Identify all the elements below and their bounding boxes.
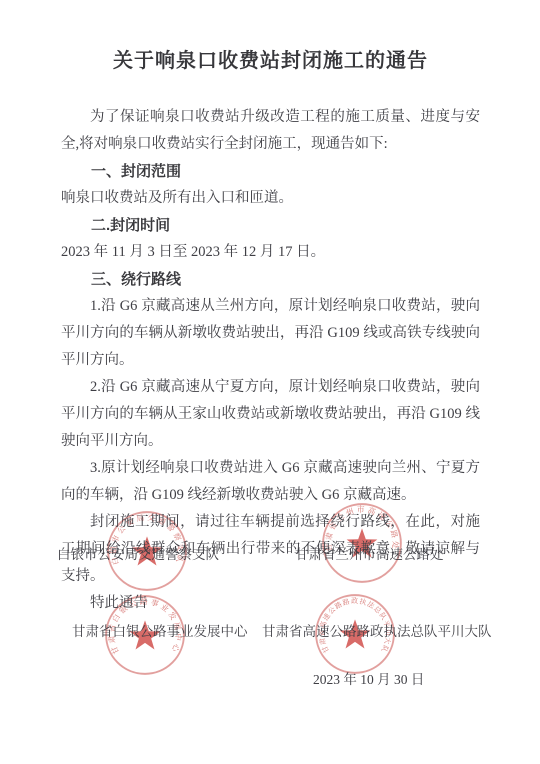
detour-route-item-1: 1.沿 G6 京藏高速从兰州方向，原计划经响泉口收费站，驶向平川方向的车辆从新墩… [61,293,480,374]
section-heading-closure-scope: 一、封闭范围 [61,158,480,185]
document-body: 关于响泉口收费站封闭施工的通告 为了保证响泉口收费站升级改造工程的施工质量、进度… [61,46,480,617]
page-title: 关于响泉口收费站封闭施工的通告 [61,46,480,76]
section-heading-closure-time: 二.封闭时间 [61,212,480,239]
closure-time-text: 2023 年 11 月 3 日至 2023 年 12 月 17 日。 [61,239,480,266]
document-date: 2023 年 10 月 30 日 [313,668,424,688]
notice-document-page: 关于响泉口收费站封闭施工的通告 为了保证响泉口收费站升级改造工程的施工质量、进度… [0,0,540,764]
hereby-notice: 特此通告 [61,590,480,617]
detour-route-item-3: 3.原计划经响泉口收费站进入 G6 京藏高速驶向兰州、宁夏方向的车辆，沿 G10… [61,455,480,509]
intro-paragraph: 为了保证响泉口收费站升级改造工程的施工质量、进度与安全,将对响泉口收费站实行全封… [61,104,480,158]
signature-lanzhou-expressway: 甘肃省兰州市高速公路处 [295,546,444,564]
detour-route-item-2: 2.沿 G6 京藏高速从宁夏方向，原计划经响泉口收费站，驶向平川方向的车辆从王家… [61,374,480,455]
closure-scope-text: 响泉口收费站及所有出入口和匝道。 [61,185,480,212]
signature-baiyin-highway-center: 甘肃省白银公路事业发展中心 [72,623,248,641]
signature-road-enforcement-pingchuan: 甘肃省高速公路路政执法总队平川大队 [262,623,492,641]
signature-traffic-police: 白银市公安局交通警察支队 [57,546,219,564]
section-heading-detour-routes: 三、绕行路线 [61,266,480,293]
